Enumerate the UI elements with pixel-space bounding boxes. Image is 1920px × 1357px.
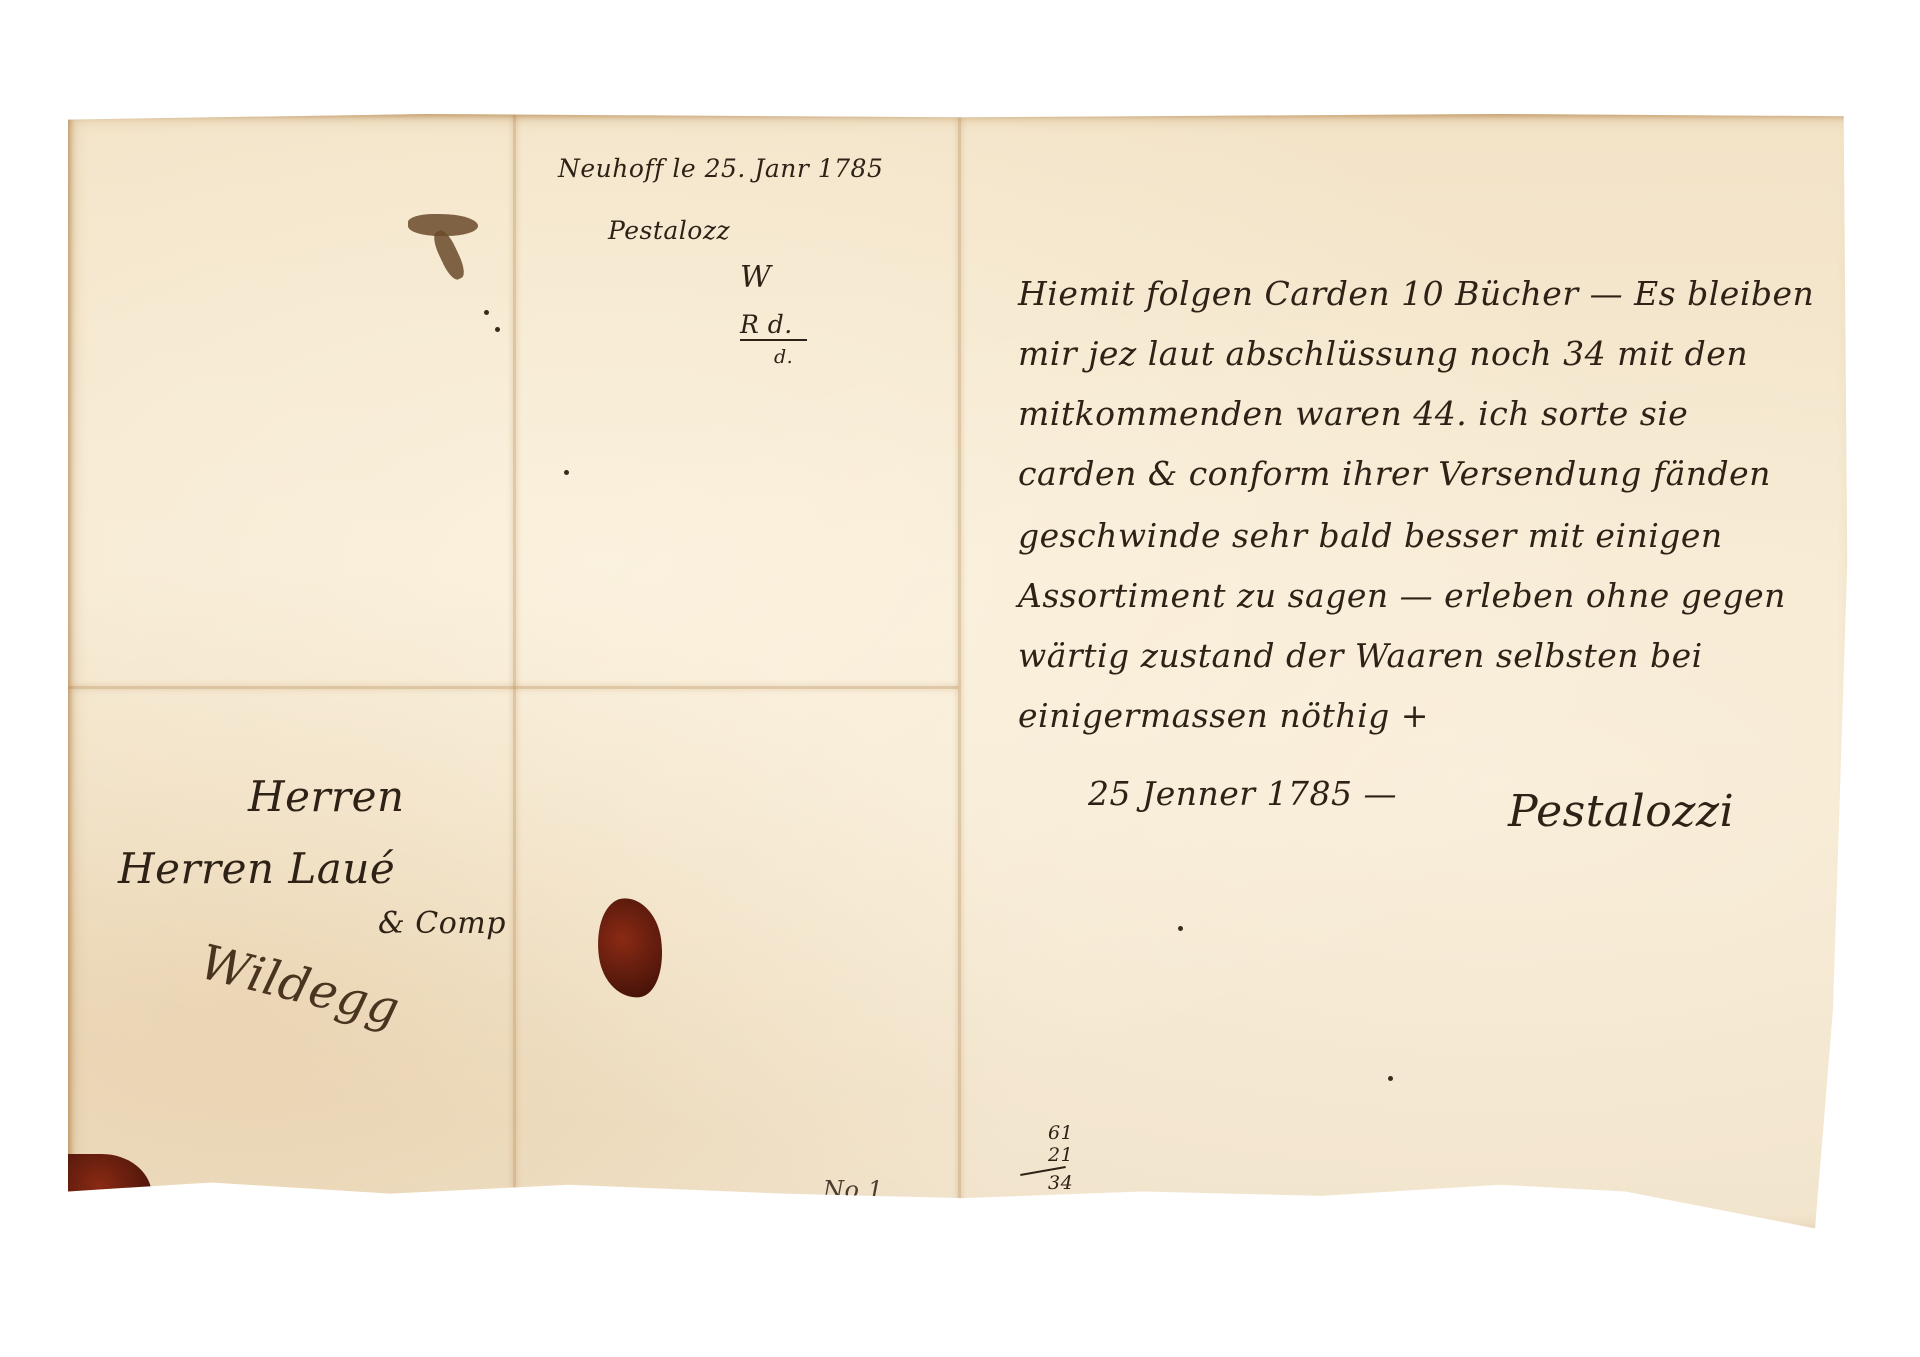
wax-seal-corner bbox=[64, 1154, 152, 1234]
ink-dot bbox=[564, 470, 569, 475]
docket-author: Pestalozz bbox=[608, 216, 730, 245]
address-line-3: & Comp bbox=[378, 906, 506, 941]
letter-line: Assortiment zu sagen — erleben ohne gege… bbox=[1018, 576, 1786, 615]
letter-closing-date: 25 Jenner 1785 — bbox=[1088, 774, 1397, 813]
number-mark: No 1 bbox=[823, 1176, 883, 1204]
letter-line: mir jez laut abschlüssung noch 34 mit de… bbox=[1018, 334, 1748, 373]
letter-line: Hiemit folgen Carden 10 Bücher — Es blei… bbox=[1018, 274, 1814, 313]
letter-line: wärtig zustand der Waaren selbsten bei bbox=[1018, 636, 1703, 675]
letter-line: carden & conform ihrer Versendung fänden bbox=[1018, 454, 1771, 493]
letter-line: mitkommenden waren 44. ich sorte sie bbox=[1018, 394, 1688, 433]
fraction-bottom: 34 bbox=[1048, 1172, 1073, 1194]
letter-line: einigermassen nöthig + bbox=[1018, 696, 1429, 735]
signature: Pestalozzi bbox=[1508, 786, 1734, 837]
letter-paper: Neuhoff le 25. Janr 1785 Pestalozz W R d… bbox=[68, 114, 1858, 1234]
ink-stain-drip bbox=[430, 228, 468, 283]
ink-dot bbox=[495, 327, 500, 332]
docket-mark-w: W bbox=[740, 260, 771, 295]
address-line-2: Herren Laué bbox=[118, 844, 395, 893]
ink-dot bbox=[1178, 926, 1183, 931]
fraction-mid: 21 bbox=[1048, 1144, 1073, 1166]
fold-line-vertical-left bbox=[513, 114, 516, 1234]
docket-place-date: Neuhoff le 25. Janr 1785 bbox=[558, 154, 883, 183]
docket-mark-d: d. bbox=[774, 346, 793, 368]
fraction-top: 61 bbox=[1048, 1122, 1073, 1144]
letter-line: geschwinde sehr bald besser mit einigen bbox=[1018, 516, 1723, 555]
wax-seal-fragment bbox=[591, 894, 668, 1002]
fold-line-horizontal bbox=[68, 686, 958, 689]
fold-line-vertical-center bbox=[958, 114, 961, 1234]
ink-dot bbox=[484, 310, 489, 315]
ink-dot bbox=[1388, 1076, 1393, 1081]
address-line-1: Herren bbox=[248, 772, 405, 821]
docket-mark-rd: R d. bbox=[740, 310, 807, 341]
address-line-4: Wildegg bbox=[194, 934, 405, 1038]
